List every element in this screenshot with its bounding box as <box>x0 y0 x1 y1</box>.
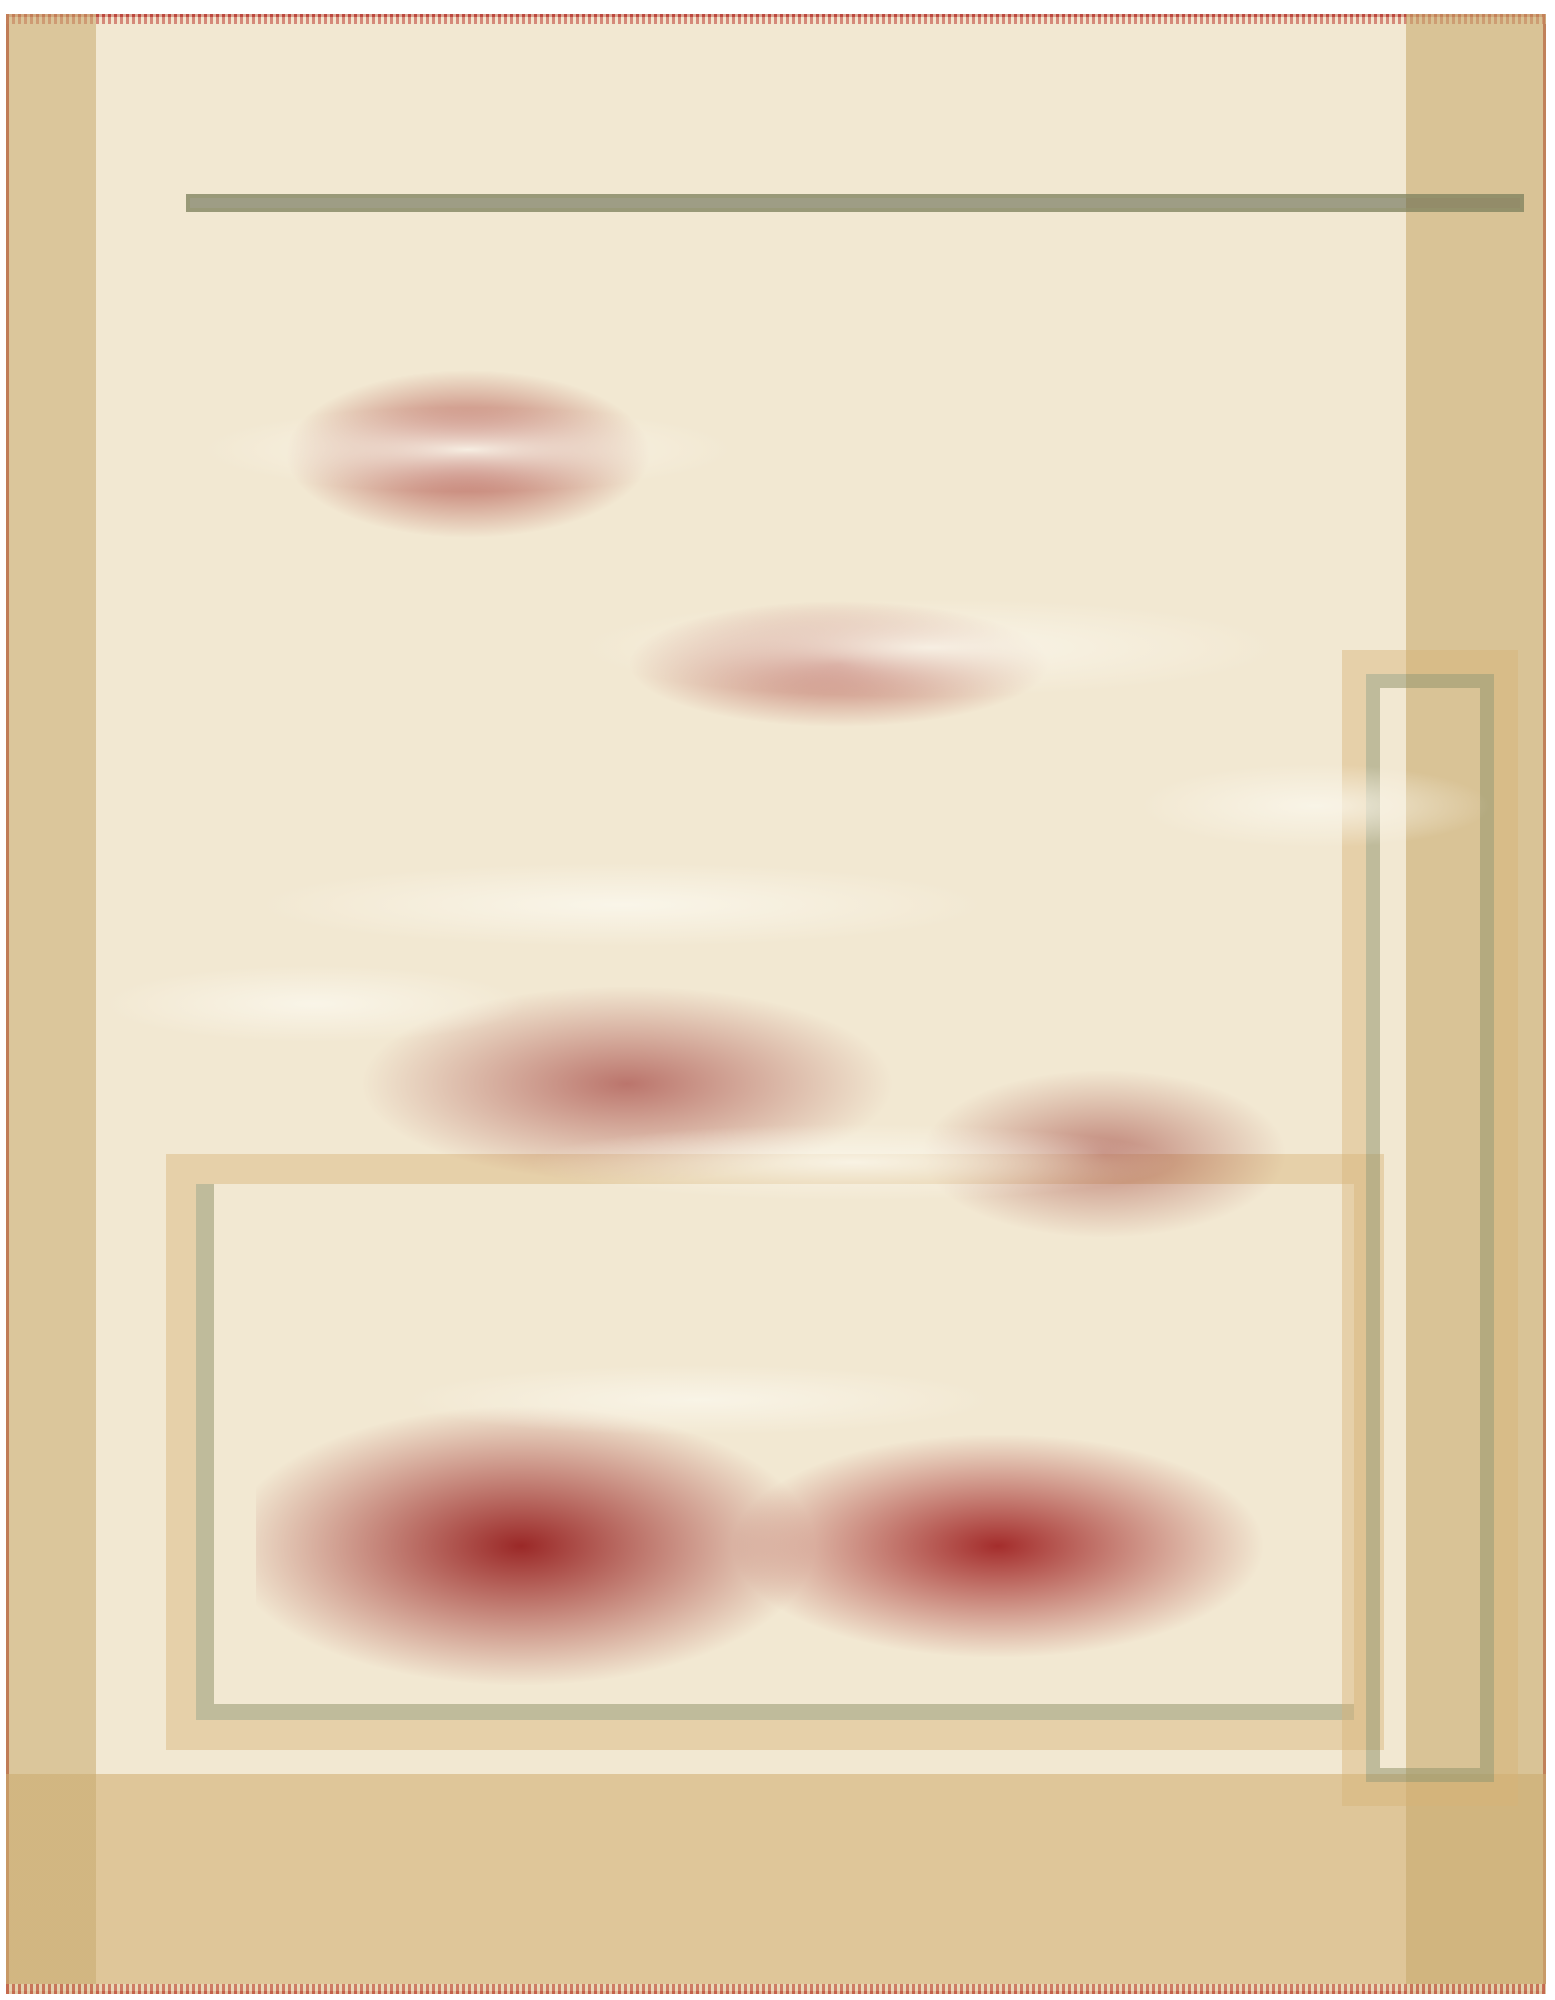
bottom-fringe <box>6 1984 1546 1994</box>
rug-photo <box>6 14 1546 1994</box>
worn-areas <box>6 14 1546 1994</box>
